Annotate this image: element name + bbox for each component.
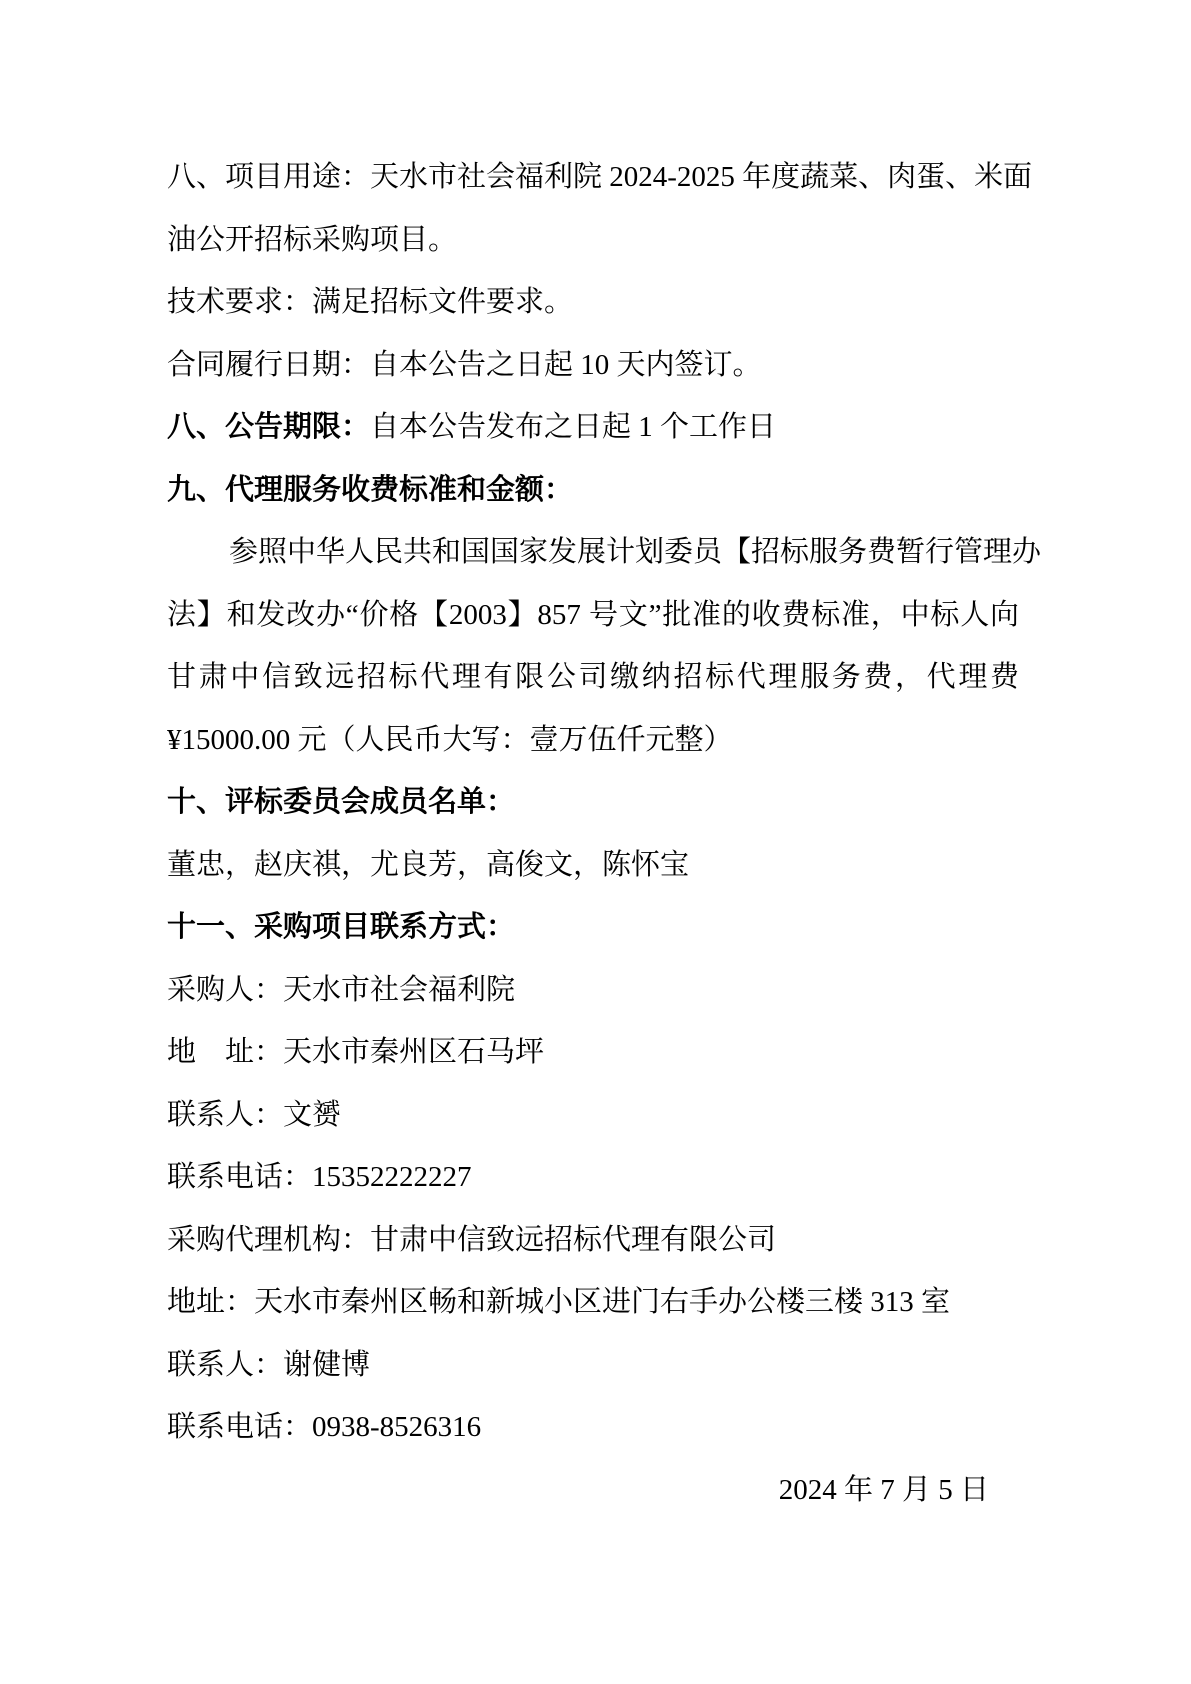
line-text: 联系电话：0938-8526316 [167,1411,481,1443]
heading-label: 十、评标委员会成员名单： [167,786,515,818]
line-text: 联系人：谢健博 [167,1349,370,1381]
line-purchaser-address: 地 址：天水市秦州区石马坪 [167,1021,1019,1084]
line-text: 采购代理机构：甘肃中信致远招标代理有限公司 [167,1224,776,1256]
line-purchaser-contact-person: 联系人：文赟 [167,1084,1019,1147]
line-purchaser-phone: 联系电话：15352222227 [167,1146,1019,1209]
heading-label: 十一、采购项目联系方式： [167,911,515,943]
line-committee-members: 董忠，赵庆祺，尤良芳，高俊文，陈怀宝 [167,834,1019,897]
line-agency-contact-person: 联系人：谢健博 [167,1334,1019,1397]
line-project-purpose-2: 油公开招标采购项目。 [167,209,1019,272]
line-text: ¥15000.00 元（人民币大写：壹万伍仟元整） [167,724,733,756]
line-fee-reference-2: 法】和发改办“价格【2003】857 号文”批准的收费标准，中标人向 [167,584,1019,647]
heading-evaluation-committee: 十、评标委员会成员名单： [167,771,1019,834]
line-text: 地 址：天水市秦州区石马坪 [167,1036,544,1068]
line-agency-address: 地址：天水市秦州区畅和新城小区进门右手办公楼三楼 313 室 [167,1271,1019,1334]
line-text: 董忠，赵庆祺，尤良芳，高俊文，陈怀宝 [167,849,689,881]
line-text: 八、项目用途：天水市社会福利院 2024-2025 年度蔬菜、肉蛋、米面 [167,161,1032,193]
line-fee-reference-3: 甘肃中信致远招标代理有限公司缴纳招标代理服务费，代理费 [167,646,1019,709]
line-agency-name: 采购代理机构：甘肃中信致远招标代理有限公司 [167,1209,1019,1272]
line-project-purpose-1: 八、项目用途：天水市社会福利院 2024-2025 年度蔬菜、肉蛋、米面 [167,146,1019,209]
line-text: 甘肃中信致远招标代理有限公司缴纳招标代理服务费，代理费 [167,661,1019,693]
line-text: 联系人：文赟 [167,1099,341,1131]
heading-announcement-period: 八、公告期限：自本公告发布之日起 1 个工作日 [167,396,1019,459]
line-fee-amount: ¥15000.00 元（人民币大写：壹万伍仟元整） [167,709,1019,772]
heading-contact-information: 十一、采购项目联系方式： [167,896,1019,959]
document-date: 2024 年 7 月 5 日 [167,1459,1019,1522]
line-text: 自本公告发布之日起 1 个工作日 [370,411,776,443]
line-fee-reference-1: 参照中华人民共和国国家发展计划委员【招标服务费暂行管理办 [167,521,1019,584]
line-agency-phone: 联系电话：0938-8526316 [167,1396,1019,1459]
document-page: 八、项目用途：天水市社会福利院 2024-2025 年度蔬菜、肉蛋、米面 油公开… [0,0,1191,1684]
line-contract-signing-period: 合同履行日期：自本公告之日起 10 天内签订。 [167,334,1019,397]
line-text: 合同履行日期：自本公告之日起 10 天内签订。 [167,349,762,381]
heading-agency-fee-standard: 九、代理服务收费标准和金额： [167,459,1019,522]
line-text: 参照中华人民共和国国家发展计划委员【招标服务费暂行管理办 [229,536,1041,568]
heading-label: 九、代理服务收费标准和金额： [167,474,573,506]
line-text: 采购人：天水市社会福利院 [167,974,515,1006]
line-text: 油公开招标采购项目。 [167,224,457,256]
line-text: 技术要求：满足招标文件要求。 [167,286,573,318]
date-text: 2024 年 7 月 5 日 [779,1474,989,1506]
line-technical-requirements: 技术要求：满足招标文件要求。 [167,271,1019,334]
line-purchaser-name: 采购人：天水市社会福利院 [167,959,1019,1022]
heading-label: 八、公告期限： [167,411,370,443]
line-text: 法】和发改办“价格【2003】857 号文”批准的收费标准，中标人向 [167,599,1019,631]
line-text: 地址：天水市秦州区畅和新城小区进门右手办公楼三楼 313 室 [167,1286,950,1318]
line-text: 联系电话：15352222227 [167,1161,472,1193]
